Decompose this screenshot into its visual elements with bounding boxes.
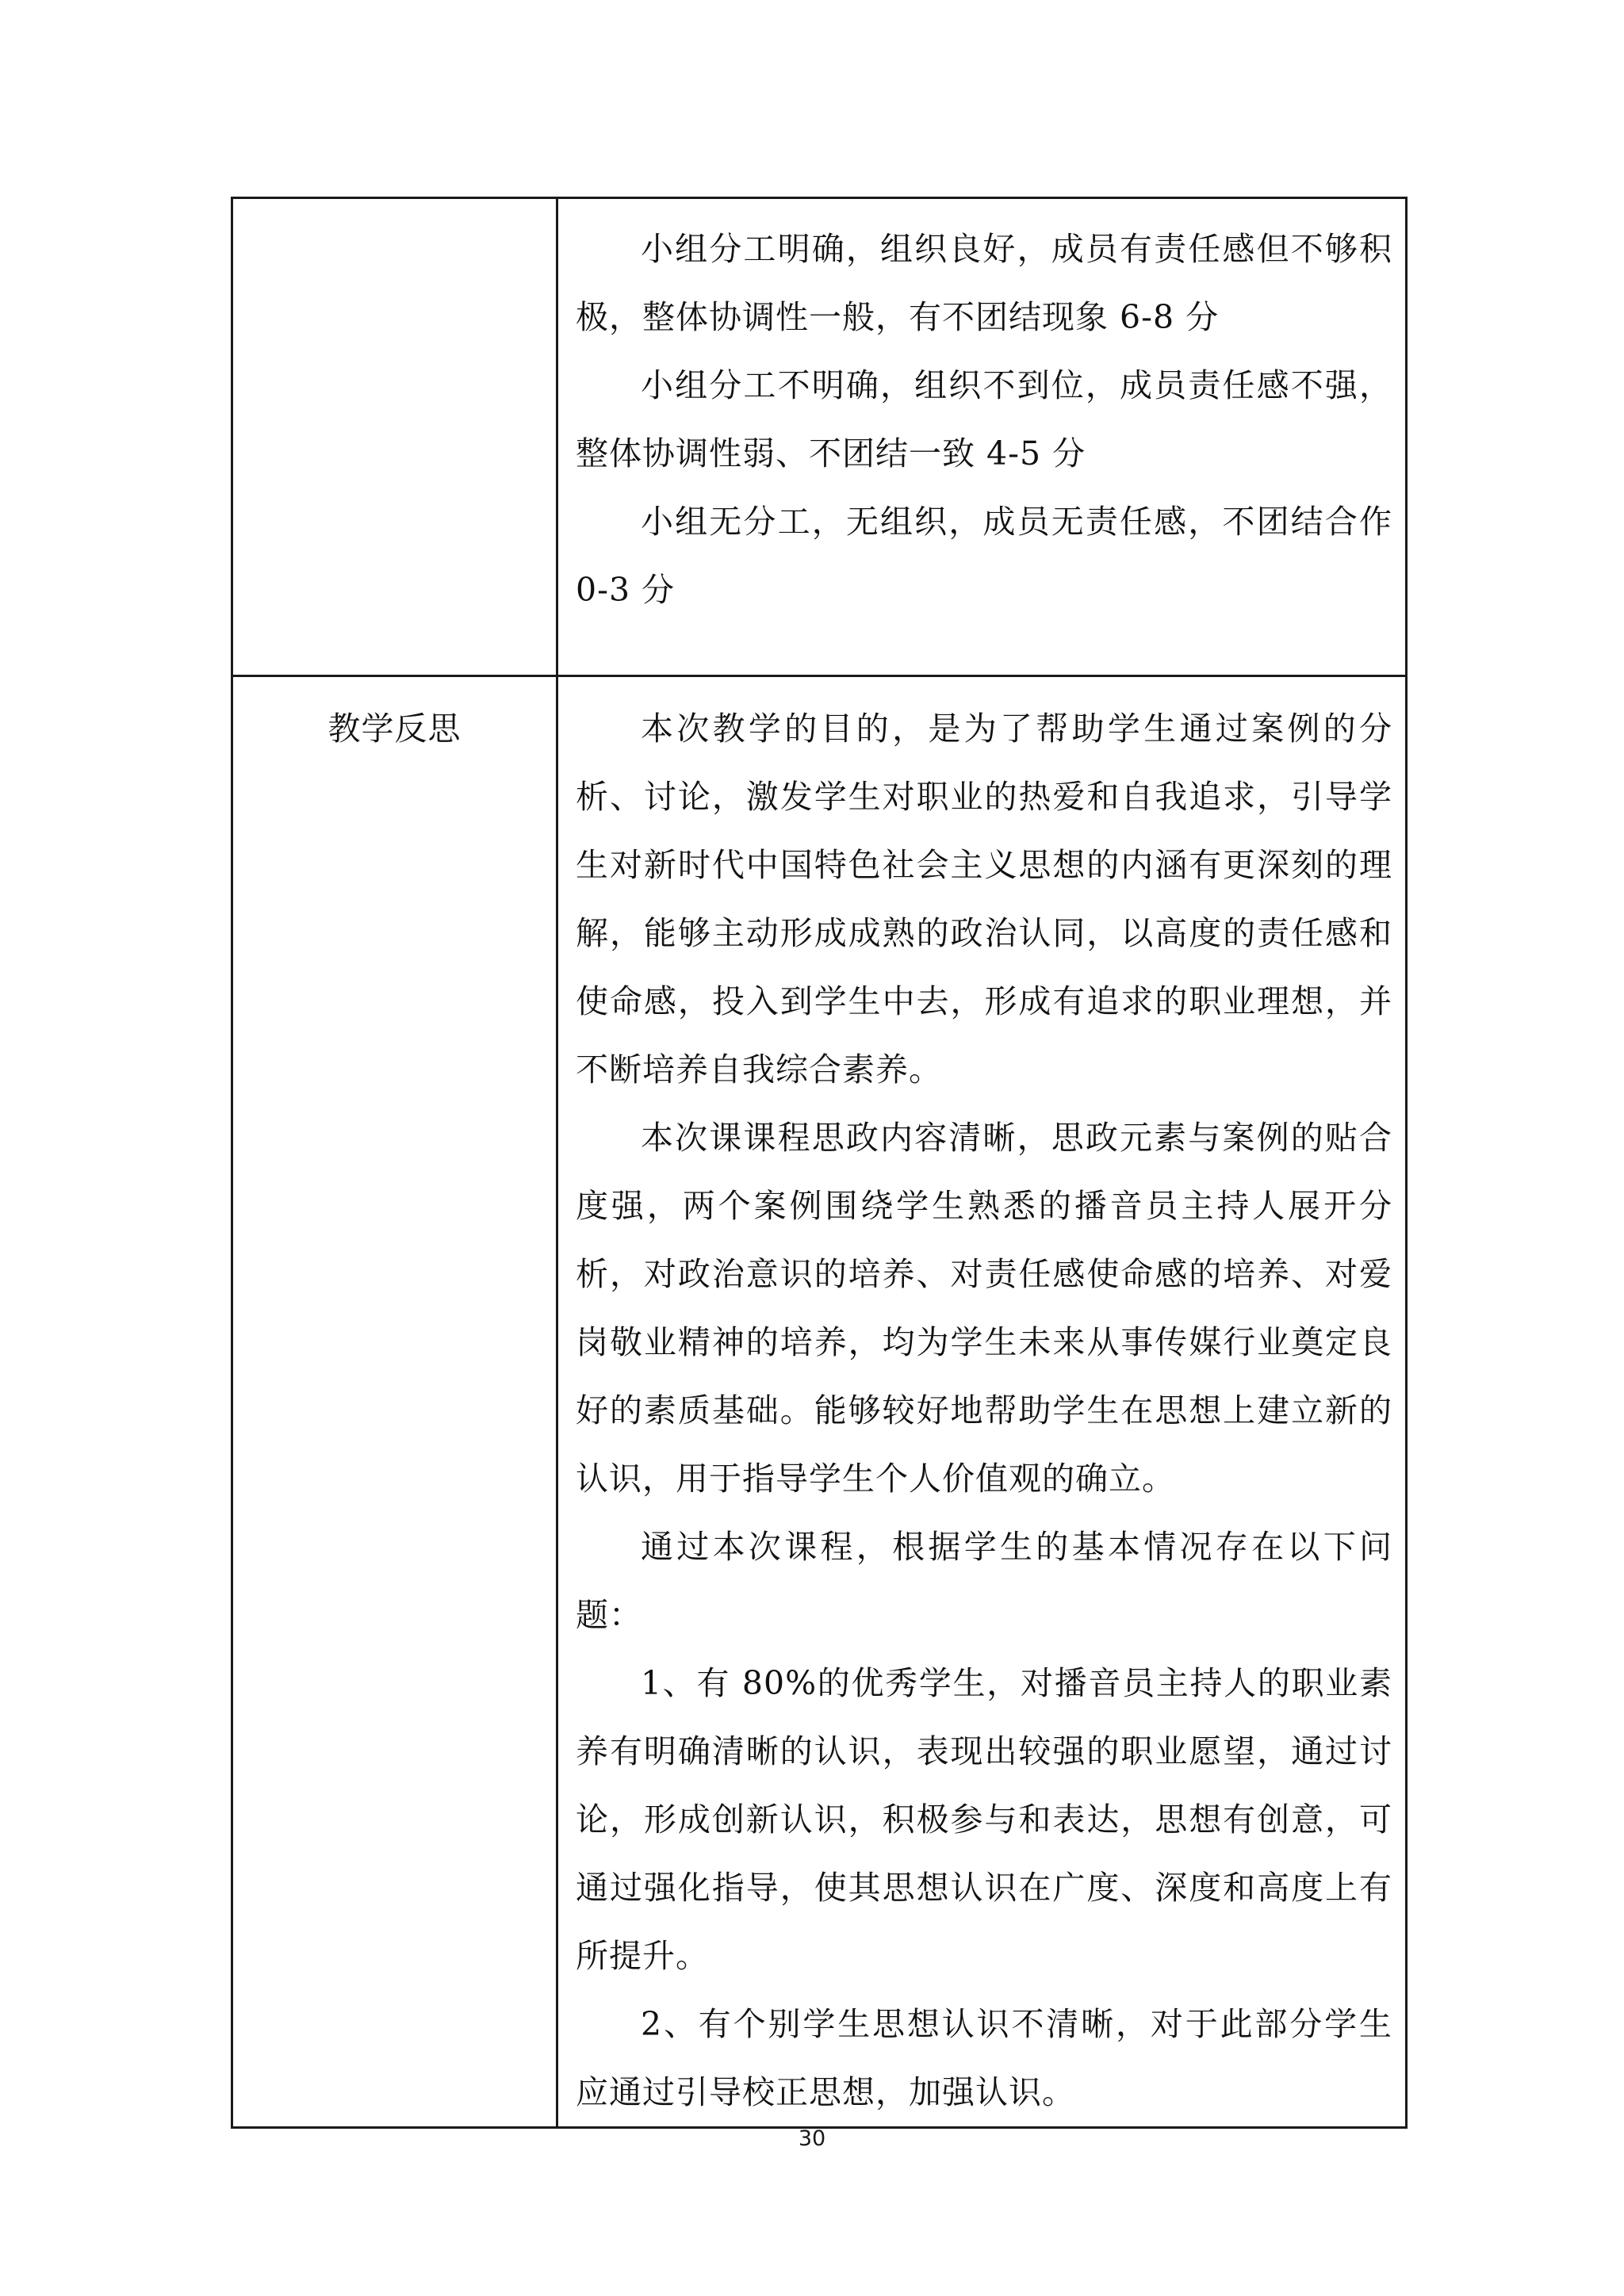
row-label-teaching-reflection: 教学反思 [233,677,556,763]
document-page: 小组分工明确，组织良好，成员有责任感但不够积极，整体协调性一般，有不团结现象 6… [0,0,1624,2296]
reflection-paragraph-problem-2: 2、有个别学生思想认识不清晰，对于此部分学生应通过引导校正思想，加强认识。 [576,1990,1392,2126]
content-cell-grading-criteria: 小组分工明确，组织良好，成员有责任感但不够积极，整体协调性一般，有不团结现象 6… [557,198,1407,676]
criteria-paragraph-0-3: 小组无分工，无组织，成员无责任感，不团结合作 0-3 分 [576,488,1392,624]
reflection-paragraph-problem-1: 1、有 80%的优秀学生，对播音员主持人的职业素养有明确清晰的认识，表现出较强的… [576,1649,1392,1990]
reflection-paragraph-purpose: 本次教学的目的，是为了帮助学生通过案例的分析、讨论，激发学生对职业的热爱和自我追… [576,695,1392,1104]
label-cell-empty [232,198,557,676]
criteria-paragraph-4-5: 小组分工不明确，组织不到位，成员责任感不强，整体协调性弱、不团结一致 4-5 分 [576,351,1392,488]
reflection-paragraph-problems-intro: 通过本次课程，根据学生的基本情况存在以下问题： [576,1513,1392,1649]
row-label [233,199,556,216]
table-row-grading-criteria: 小组分工明确，组织良好，成员有责任感但不够积极，整体协调性一般，有不团结现象 6… [232,198,1407,676]
page-number: 30 [0,2126,1624,2151]
evaluation-table: 小组分工明确，组织良好，成员有责任感但不够积极，整体协调性一般，有不团结现象 6… [231,197,1408,2129]
criteria-paragraph-6-8: 小组分工明确，组织良好，成员有责任感但不够积极，整体协调性一般，有不团结现象 6… [576,215,1392,351]
content-cell-teaching-reflection: 本次教学的目的，是为了帮助学生通过案例的分析、讨论，激发学生对职业的热爱和自我追… [557,676,1407,2128]
table-row-teaching-reflection: 教学反思 本次教学的目的，是为了帮助学生通过案例的分析、讨论，激发学生对职业的热… [232,676,1407,2128]
label-cell-teaching-reflection: 教学反思 [232,676,557,2128]
reflection-paragraph-content: 本次课课程思政内容清晰，思政元素与案例的贴合度强，两个案例围绕学生熟悉的播音员主… [576,1104,1392,1513]
